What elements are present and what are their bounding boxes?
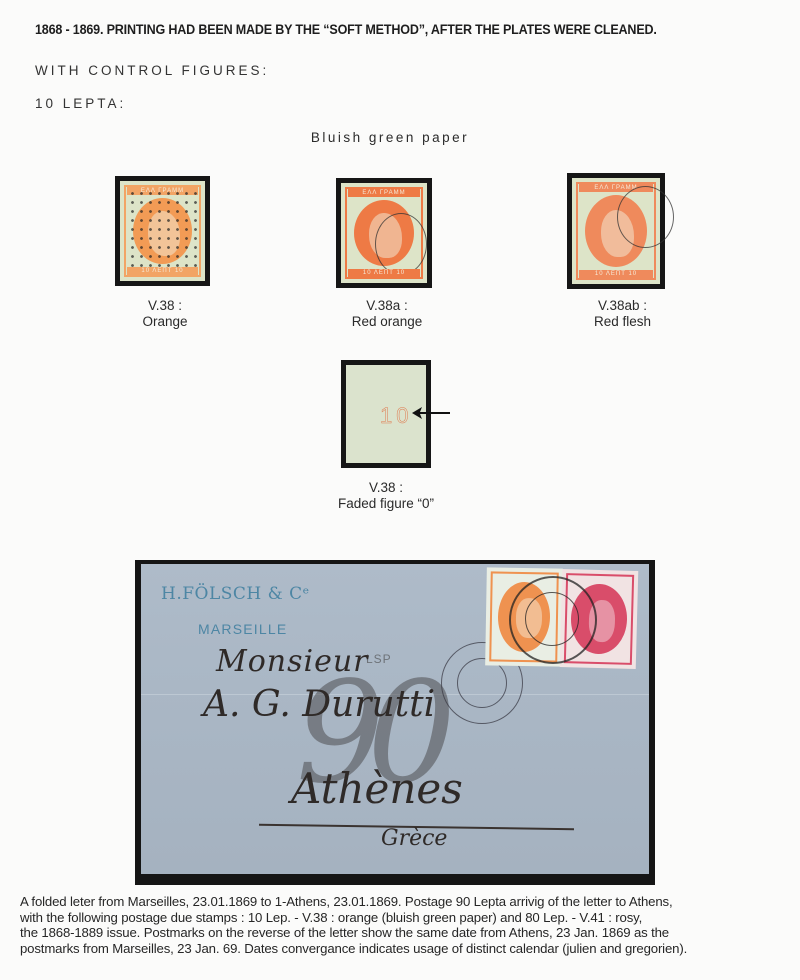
page-heading: 1868 - 1869. PRINTING HAD BEEN MADE BY T… <box>35 22 657 37</box>
paper-type-label: Bluish green paper <box>0 130 780 145</box>
stamp-v38a-red-orange: ΕΛΛ ΓΡΑΜΜ 10 ΛΕΠΤ 10 <box>341 183 427 283</box>
control-figure: 10 <box>380 403 412 429</box>
description-line: the 1868-1889 issue. Postmarks on the re… <box>20 925 800 941</box>
subheading-denomination: 10 LEPTA: <box>35 96 126 111</box>
sender-city-handstamp: MARSEILLE <box>198 621 287 637</box>
shade-name: Orange <box>105 314 225 330</box>
catalog-number: V.38ab : <box>560 298 685 314</box>
shade-name: Red flesh <box>560 314 685 330</box>
caption-stamp-2: V.38a : Red orange <box>327 298 447 330</box>
folded-letter-cover: H.FÖLSCH & Cᵉ MARSEILLE LSP 90 Monsieur … <box>141 564 649 874</box>
catalog-number: V.38 : <box>105 298 225 314</box>
shade-name: Red orange <box>327 314 447 330</box>
description-line: postmarks from Marseilles, 23 Jan. 69. D… <box>20 941 800 957</box>
circular-cancel <box>375 213 427 275</box>
circular-cancel <box>617 186 674 248</box>
sender-handstamp: H.FÖLSCH & Cᵉ <box>161 584 310 604</box>
catalog-number: V.38a : <box>327 298 447 314</box>
address-line-3: Athènes <box>291 764 463 813</box>
address-line-2: A. G. Durutti <box>203 684 435 725</box>
address-line-4: Grèce <box>381 826 447 851</box>
stamp-mount-v38a: ΕΛΛ ΓΡΑΜΜ 10 ΛΕΠΤ 10 <box>336 178 432 288</box>
cover-description: A folded leter from Marseilles, 23.01.18… <box>20 894 800 956</box>
catalog-number: V.38 : <box>316 480 456 496</box>
dotted-cancel <box>128 189 197 273</box>
stamp-mount-v38ab: ΕΛΛ ΓΡΑΜΜ 10 ΛΕΠΤ 10 <box>567 173 665 289</box>
stamp-mount-v38: ΕΛΛ ΓΡΑΜΜ 10 ΛΕΠΤ 10 <box>115 176 210 286</box>
caption-stamp-4: V.38 : Faded figure “0” <box>316 480 456 512</box>
shade-name: Faded figure “0” <box>316 496 456 512</box>
subheading-control-figures: WITH CONTROL FIGURES: <box>35 63 269 78</box>
description-line: A folded leter from Marseilles, 23.01.18… <box>20 894 800 910</box>
stamp-v38ab-red-flesh: ΕΛΛ ΓΡΑΜΜ 10 ΛΕΠΤ 10 <box>572 178 660 284</box>
caption-stamp-1: V.38 : Orange <box>105 298 225 330</box>
description-line: with the following postage due stamps : … <box>20 910 800 926</box>
caption-stamp-3: V.38ab : Red flesh <box>560 298 685 330</box>
stamp-v38-orange: ΕΛΛ ΓΡΑΜΜ 10 ΛΕΠΤ 10 <box>120 181 205 281</box>
athens-postmark-inner <box>525 592 579 646</box>
arrow-pointer-icon <box>412 407 450 419</box>
address-line-1: Monsieur <box>216 644 369 679</box>
